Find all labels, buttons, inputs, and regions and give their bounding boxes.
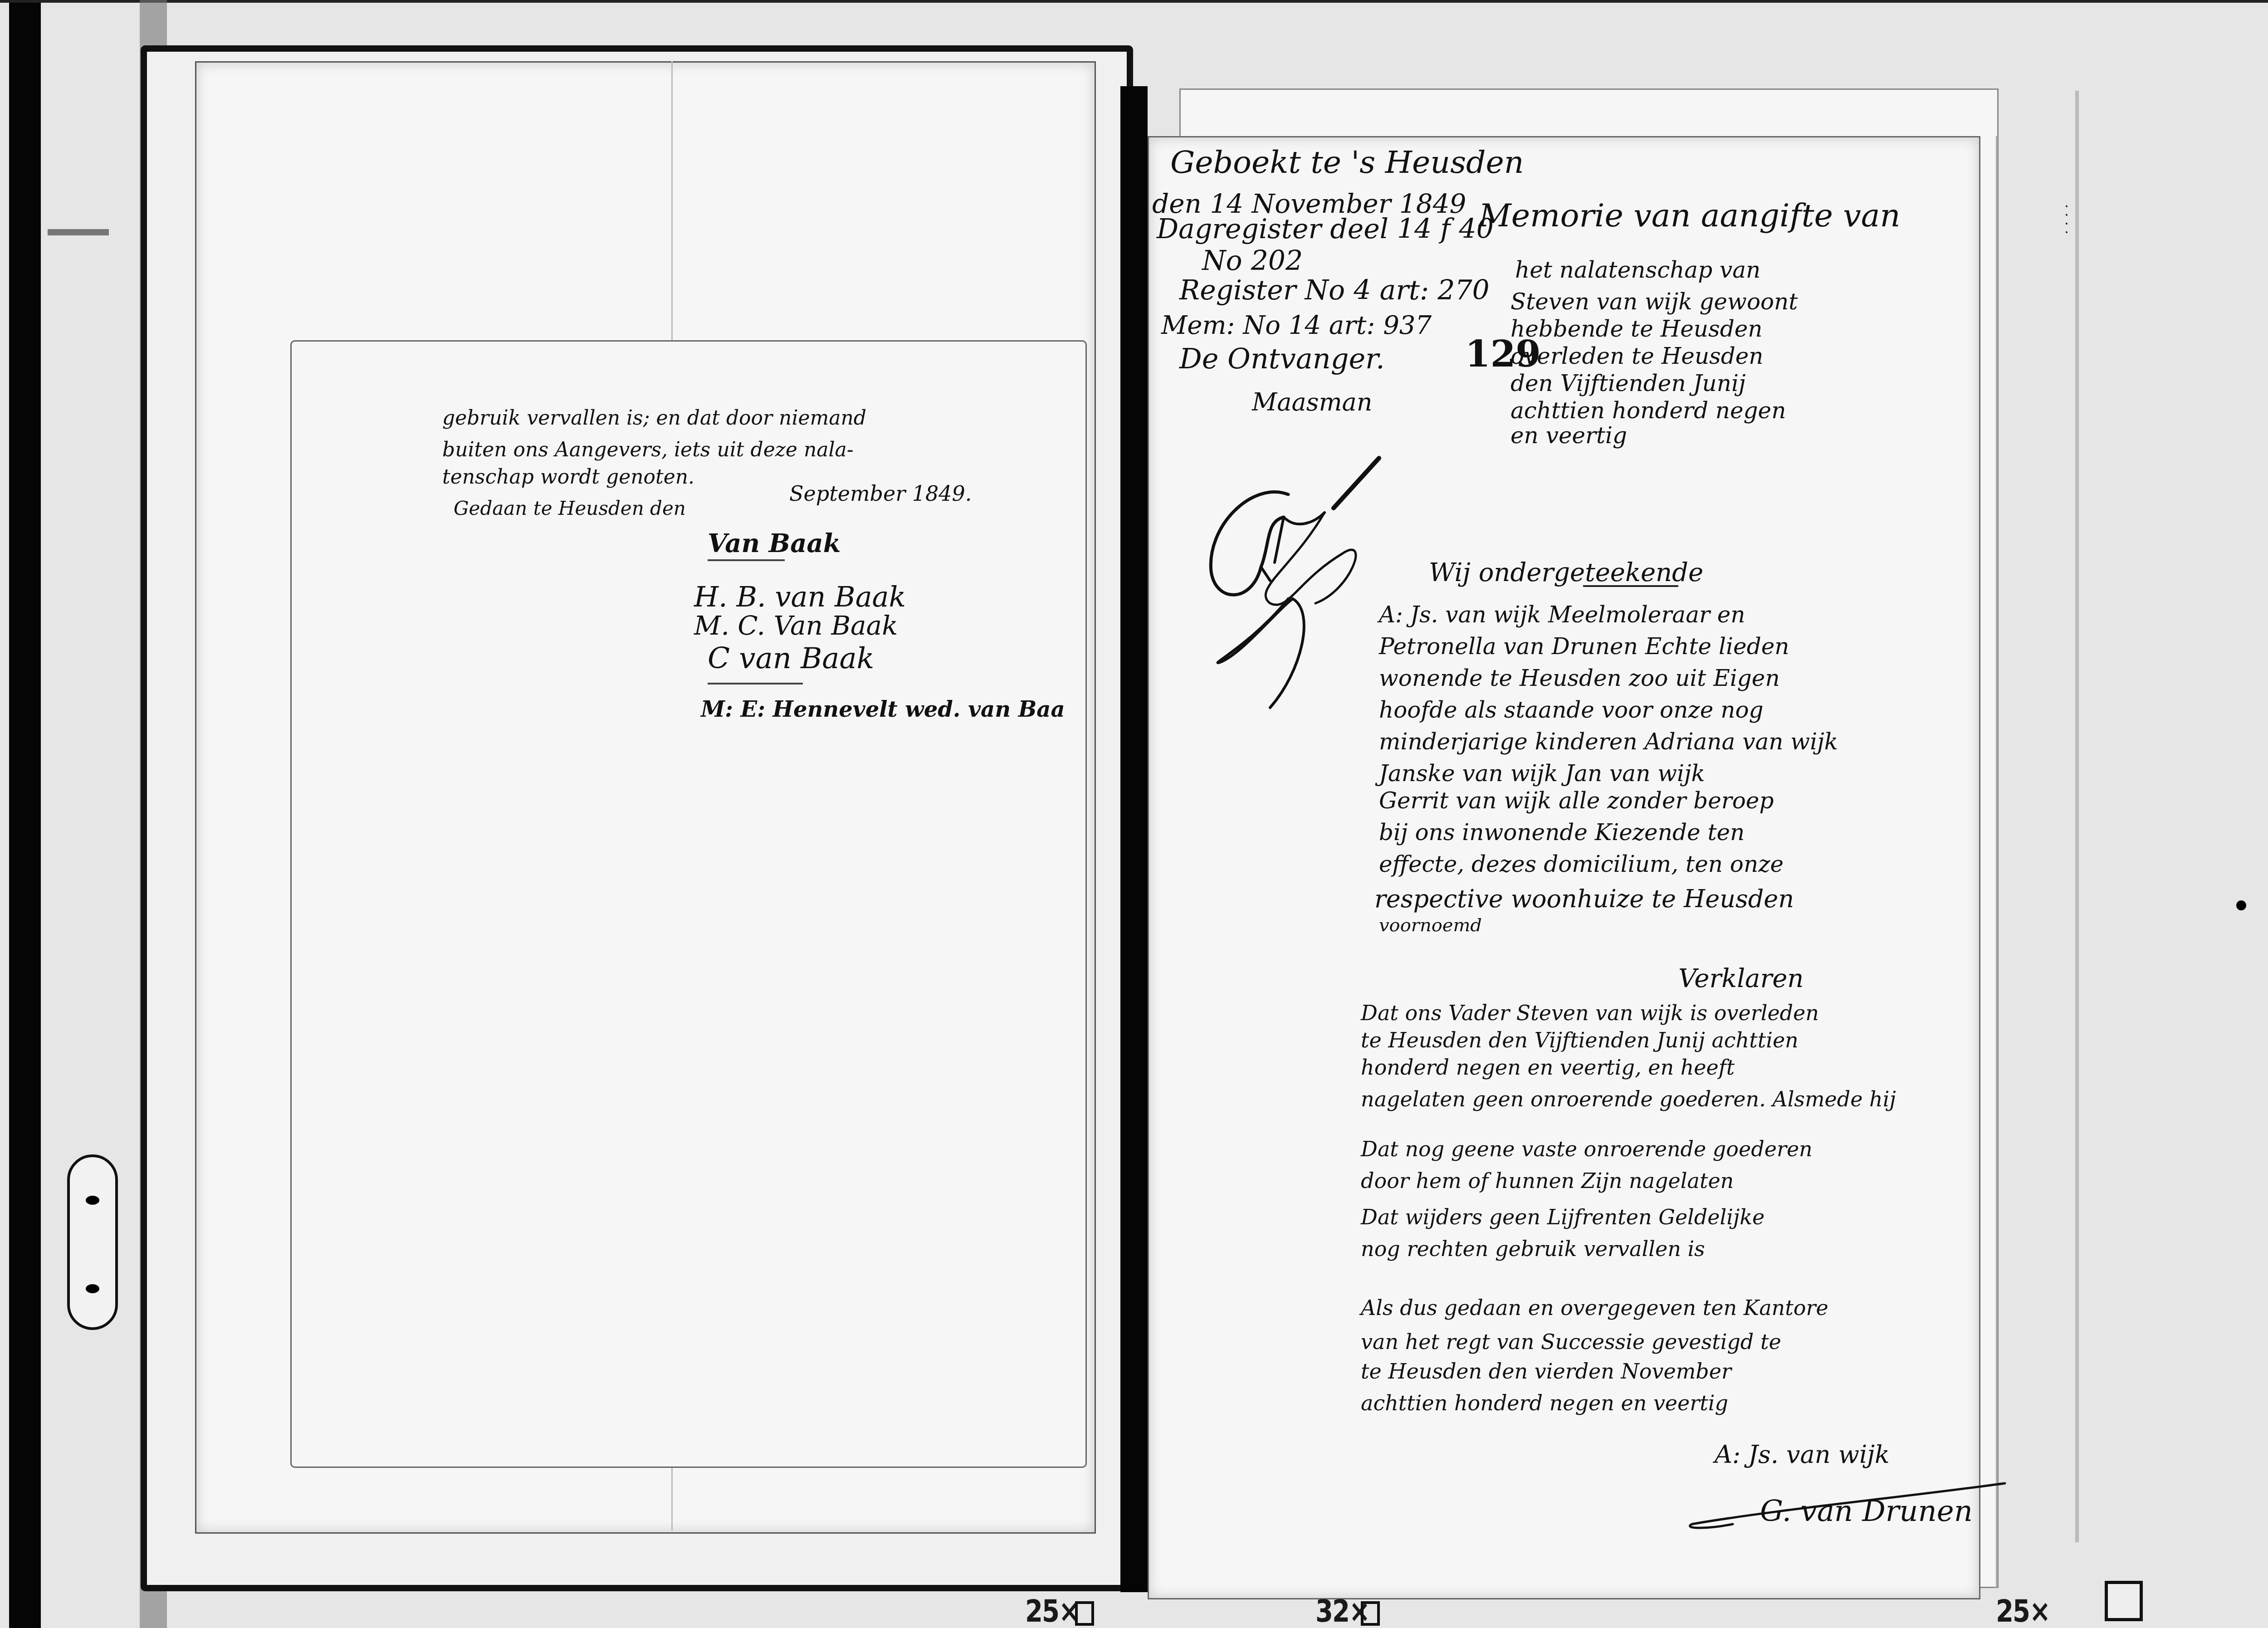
body-line: Petronella van Drunen Echte lieden xyxy=(1379,635,1789,658)
body-line: hoofde als staande voor onze nog xyxy=(1379,699,1764,721)
signature-h-b-van-baak: H. B. van Baak xyxy=(694,583,906,611)
declaration-line: honderd negen en veertig, en heeft xyxy=(1361,1057,1735,1078)
declaration-line: nagelaten geen onroerende goederen. Alsm… xyxy=(1361,1089,1896,1110)
subject-line: den Vijftienden Junij xyxy=(1510,372,1745,395)
subject-line: het nalatenschap van xyxy=(1515,259,1760,281)
left-date-text: September 1849. xyxy=(789,483,972,504)
subject-line: overleden te Heusden xyxy=(1510,345,1764,367)
stamp-line-geboekt: Geboekt te 's Heusden xyxy=(1170,147,1524,178)
declaration-line: Dat wijders geen Lijfrenten Geldelijke xyxy=(1361,1207,1765,1227)
declaration-heading: Verklaren xyxy=(1678,966,1804,992)
scanner-calibration-mark xyxy=(48,229,109,235)
declaration-line: nog rechten gebruik vervallen is xyxy=(1361,1238,1705,1259)
right-page-edge-line xyxy=(2075,91,2079,1542)
binder-clip-icon xyxy=(67,1154,118,1330)
label-box xyxy=(1075,1601,1094,1626)
book-spine-center xyxy=(1120,86,1148,1592)
body-line: A: Js. van wijk Meelmoleraar en xyxy=(1379,603,1745,626)
subject-line: en veertig xyxy=(1510,424,1627,447)
body-line: respective woonhuize te Heusden xyxy=(1374,887,1794,911)
body-line: voornoemd xyxy=(1379,916,1482,934)
declaration-line: Dat ons Vader Steven van wijk is overled… xyxy=(1361,1002,1819,1023)
declaration-line: door hem of hunnen Zijn nagelaten xyxy=(1361,1170,1734,1191)
body-line: effecte, dezes domicilium, ten onze xyxy=(1379,853,1784,875)
stamp-line-maasman: Maasman xyxy=(1252,390,1373,415)
left-text-line-1: gebruik vervallen is; en dat door nieman… xyxy=(442,408,866,428)
declaration-line: te Heusden den Vijftienden Junij achttie… xyxy=(1361,1030,1799,1051)
intro-underline xyxy=(1583,585,1678,587)
stamp-line-number: No 202 xyxy=(1202,247,1303,274)
stamp-line-dagregister: Dagregister deel 14 f 40 xyxy=(1157,215,1494,243)
punch-hole-icon xyxy=(2236,900,2246,910)
body-line: wonende te Heusden zoo uit Eigen xyxy=(1379,667,1780,689)
intro-heading: Wij ondergeteekende xyxy=(1429,560,1703,586)
left-text-line-2: buiten ons Aangevers, iets uit deze nala… xyxy=(442,440,854,460)
margin-marks: · · · · xyxy=(2059,204,2073,235)
scanner-frame-left-bar xyxy=(9,0,41,1628)
scanner-label-left: 25× xyxy=(1025,1594,1079,1628)
body-line: bij ons inwonende Kiezende ten xyxy=(1379,821,1745,844)
signature-c-van-baak: C van Baak xyxy=(708,644,874,673)
scanner-label-right: 25× xyxy=(1996,1594,2050,1628)
closing-line: te Heusden den vierden November xyxy=(1361,1361,1731,1382)
signature-underline xyxy=(708,683,803,684)
label-box xyxy=(1361,1601,1380,1626)
body-line: minderjarige kinderen Adriana van wijk xyxy=(1379,730,1838,753)
right-page-fold xyxy=(1996,136,1998,1588)
stamp-line-register: Register No 4 art: 270 xyxy=(1179,277,1490,304)
signature-a-van-wijk: A: Js. van wijk xyxy=(1715,1442,1890,1467)
signature-underline xyxy=(708,559,785,561)
left-inserted-sheet xyxy=(290,340,1087,1468)
scanner-frame-top-edge xyxy=(0,0,2268,3)
signature-g-van-drunen: G. van Drunen xyxy=(1760,1497,1973,1526)
signature-m-c-van-baak: M. C. Van Baak xyxy=(694,612,898,639)
flourish-signature-icon xyxy=(1179,454,1406,771)
left-closing-text: Gedaan te Heusden den xyxy=(454,499,686,518)
subject-line: Steven van wijk gewoont xyxy=(1510,290,1798,313)
body-line: Janske van wijk Jan van wijk xyxy=(1379,762,1705,785)
punch-hole-icon xyxy=(86,1196,99,1205)
closing-line: van het regt van Successie gevestigd te xyxy=(1361,1331,1781,1352)
document-title: Memorie van aangifte van xyxy=(1479,200,1901,231)
declaration-line: Dat nog geene vaste onroerende goederen xyxy=(1361,1139,1813,1159)
punch-hole-icon xyxy=(86,1284,99,1293)
closing-line: Als dus gedaan en overgegeven ten Kantor… xyxy=(1361,1297,1828,1318)
subject-line: achttien honderd negen xyxy=(1510,399,1786,422)
stamp-line-memorie: Mem: No 14 art: 937 xyxy=(1161,313,1432,338)
signature-van-baak: Van Baak xyxy=(708,531,841,556)
closing-line: achttien honderd negen en veertig xyxy=(1361,1393,1728,1413)
body-line: Gerrit van wijk alle zonder beroep xyxy=(1379,789,1774,812)
left-text-line-3: tenschap wordt genoten. xyxy=(442,467,694,487)
subject-line: hebbende te Heusden xyxy=(1510,318,1763,340)
stamp-line-ontvanger: De Ontvanger. xyxy=(1179,345,1385,373)
label-box xyxy=(2105,1581,2143,1621)
signature-hennevelt: M: E: Hennevelt wed. van Baa xyxy=(701,699,1065,720)
